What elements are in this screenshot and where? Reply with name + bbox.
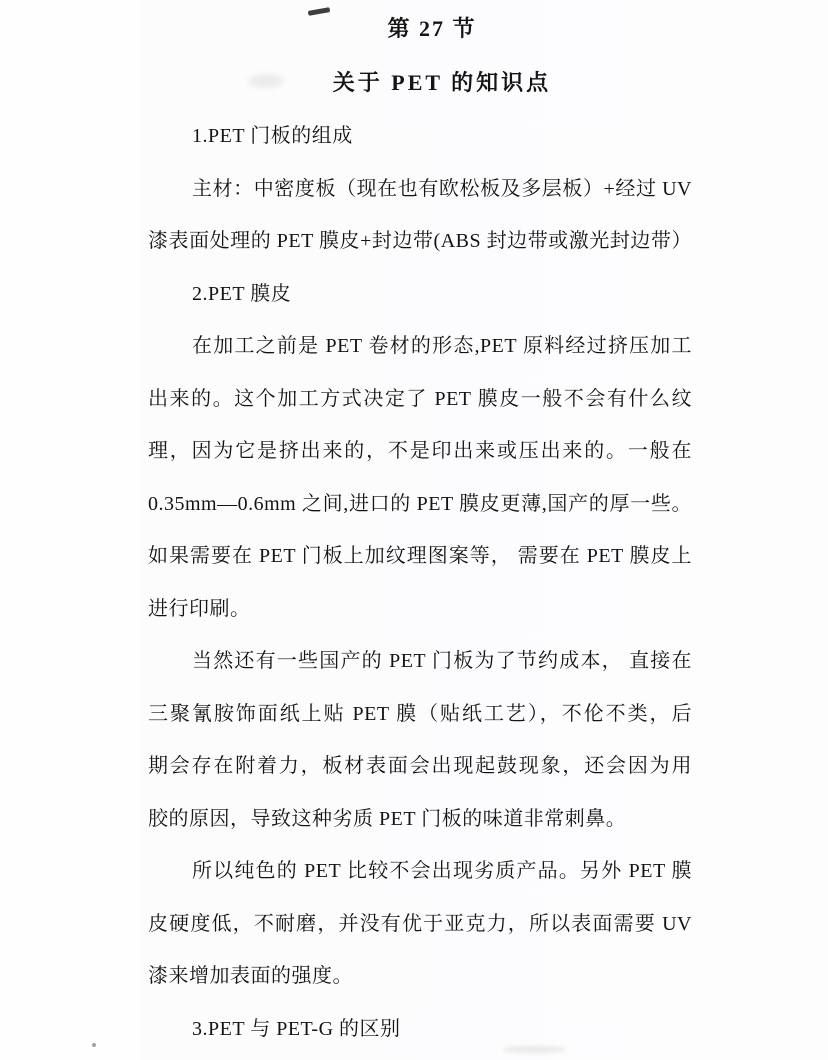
text-line: 进行印刷。	[148, 583, 692, 636]
section-title: 第 27 节	[160, 2, 704, 56]
text-line: 3.PET 与 PET-G 的区别	[148, 1003, 692, 1056]
text-line: 如果需要在 PET 门板上加纹理图案等， 需要在 PET 膜皮上	[148, 530, 692, 583]
scan-dot-artifact	[92, 1043, 96, 1047]
text-line: 理，因为它是挤出来的，不是印出来或压出来的。一般在	[148, 425, 692, 478]
text-line: 漆表面处理的 PET 膜皮+封边带(ABS 封边带或激光封边带）	[148, 215, 692, 268]
text-line: 0.35mm—0.6mm 之间,进口的 PET 膜皮更薄,国产的厚一些。	[148, 478, 692, 531]
text-line: 皮硬度低，不耐磨，并没有优于亚克力，所以表面需要 UV	[148, 898, 692, 951]
text-line: 出来的。这个加工方式决定了 PET 膜皮一般不会有什么纹	[148, 373, 692, 426]
text-line: 期会存在附着力，板材表面会出现起鼓现象，还会因为用	[148, 740, 692, 793]
text-line: 主材：中密度板（现在也有欧松板及多层板）+经过 UV	[148, 163, 692, 216]
document-body: 1.PET 门板的组成主材：中密度板（现在也有欧松板及多层板）+经过 UV漆表面…	[148, 110, 692, 1055]
text-line: 所以纯色的 PET 比较不会出现劣质产品。另外 PET 膜	[148, 845, 692, 898]
page-title: 关于 PET 的知识点	[170, 56, 714, 110]
text-line: 1.PET 门板的组成	[148, 110, 692, 163]
document-page: 第 27 节 关于 PET 的知识点 1.PET 门板的组成主材：中密度板（现在…	[0, 0, 828, 1060]
text-line: 2.PET 膜皮	[148, 268, 692, 321]
text-line: 三聚氰胺饰面纸上贴 PET 膜（贴纸工艺），不伦不类，后	[148, 688, 692, 741]
text-line: 当然还有一些国产的 PET 门板为了节约成本， 直接在	[148, 635, 692, 688]
text-line: 胶的原因，导致这种劣质 PET 门板的味道非常刺鼻。	[148, 793, 692, 846]
text-line: 漆来增加表面的强度。	[148, 950, 692, 1003]
text-line: 在加工之前是 PET 卷材的形态,PET 原料经过挤压加工	[148, 320, 692, 373]
